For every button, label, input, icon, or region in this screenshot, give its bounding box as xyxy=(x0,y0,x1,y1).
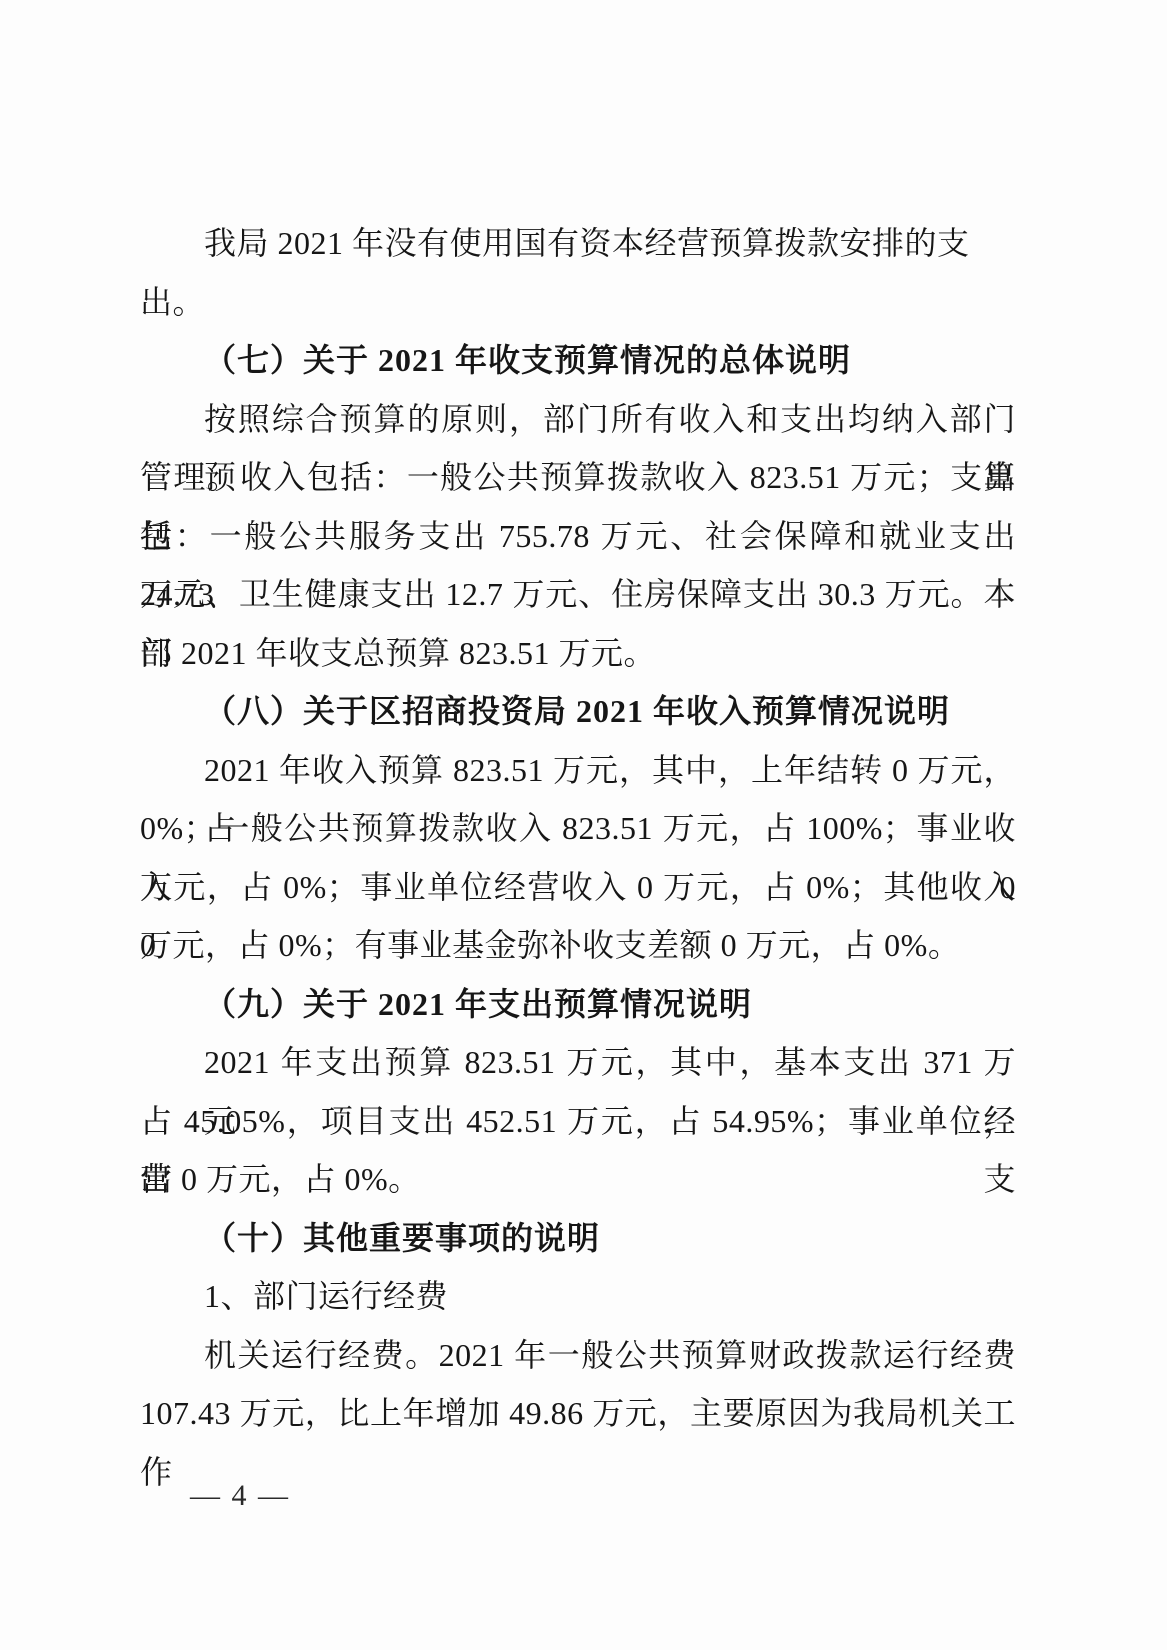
paragraph-line: 按照综合预算的原则，部门所有收入和支出均纳入部门预算 xyxy=(140,390,1016,449)
paragraph-line: 括：一般公共服务支出 755.78 万元、社会保障和就业支出 24.73 xyxy=(140,507,1016,566)
section-heading-10: （十）其他重要事项的说明 xyxy=(140,1209,1016,1268)
paragraph-line: 万元，占 0%；事业单位经营收入 0 万元，占 0%；其他收入 0 xyxy=(140,858,1016,917)
subitem-heading-1: 1、部门运行经费 xyxy=(140,1267,1016,1326)
paragraph-line: 机关运行经费。2021 年一般公共预算财政拨款运行经费 xyxy=(140,1326,1016,1385)
section-heading-7: （七）关于 2021 年收支预算情况的总体说明 xyxy=(140,331,1016,390)
paragraph-line: 万元，占 0%；有事业基金弥补收支差额 0 万元，占 0%。 xyxy=(140,916,1016,975)
paragraph-line: 出。 xyxy=(140,273,1016,332)
paragraph-line: 2021 年收入预算 823.51 万元，其中，上年结转 0 万元，占 xyxy=(140,741,1016,800)
document-body: 我局 2021 年没有使用国有资本经营预算拨款安排的支 出。 （七）关于 202… xyxy=(140,214,1016,1443)
paragraph-line: 0%；一般公共预算拨款收入 823.51 万元，占 100%；事业收入 0 xyxy=(140,799,1016,858)
paragraph-line: 107.43 万元，比上年增加 49.86 万元，主要原因为我局机关工作 xyxy=(140,1384,1016,1443)
document-page: 我局 2021 年没有使用国有资本经营预算拨款安排的支 出。 （七）关于 202… xyxy=(0,0,1167,1650)
paragraph-line: 2021 年支出预算 823.51 万元，其中，基本支出 371 万元， xyxy=(140,1033,1016,1092)
section-heading-8: （八）关于区招商投资局 2021 年收入预算情况说明 xyxy=(140,682,1016,741)
paragraph-line: 门 2021 年收支总预算 823.51 万元。 xyxy=(140,624,1016,683)
paragraph-line: 管理。收入包括：一般公共预算拨款收入 823.51 万元；支出包 xyxy=(140,448,1016,507)
paragraph-line: 万元、卫生健康支出 12.7 万元、住房保障支出 30.3 万元。本部 xyxy=(140,565,1016,624)
section-heading-9: （九）关于 2021 年支出预算情况说明 xyxy=(140,975,1016,1034)
page-number: — 4 — xyxy=(190,1467,290,1525)
paragraph-line: 我局 2021 年没有使用国有资本经营预算拨款安排的支 xyxy=(140,214,1016,273)
paragraph-line: 占 45.05%，项目支出 452.51 万元，占 54.95%；事业单位经营支 xyxy=(140,1092,1016,1151)
